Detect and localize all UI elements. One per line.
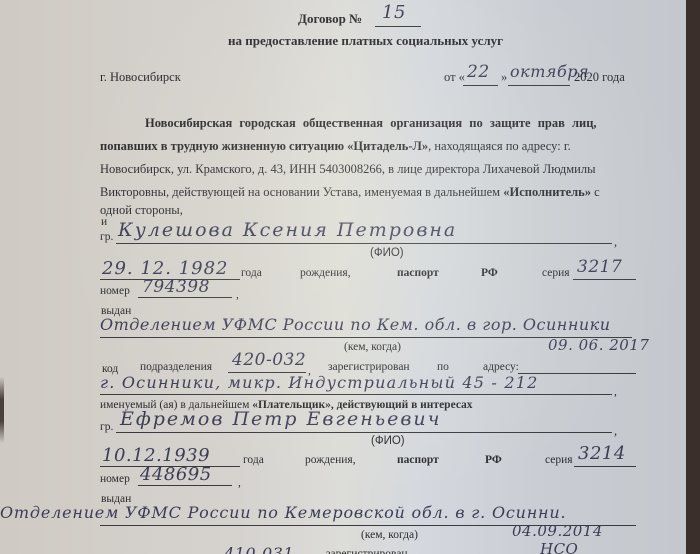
beneficiary-birth-date: 10.12.1939: [102, 447, 210, 465]
date-quote-close: »: [501, 71, 507, 84]
payer-issued-caption: (кем, когда): [344, 342, 401, 354]
contract-subtitle: на предоставление платных социальных усл…: [228, 34, 503, 47]
date-prefix: от «: [444, 71, 465, 84]
payer-year-label: года: [241, 268, 262, 280]
payer-address: г. Осинники, микр. Индустриальный 45 - 2…: [100, 375, 538, 391]
payer-by-label: по: [437, 362, 449, 374]
payer-address-label: адресу:: [483, 362, 519, 374]
preamble-line-2: попавших в трудную жизненную ситуацию «Ц…: [100, 140, 571, 153]
preamble-line-4-end: с: [594, 185, 600, 199]
beneficiary-passport-label: паспорт: [397, 455, 439, 467]
city: г. Новосибирск: [100, 71, 181, 84]
comma: ,: [614, 387, 617, 399]
beneficiary-citizen-prefix: гр.: [100, 422, 113, 434]
comma: ,: [236, 290, 239, 302]
payer-birth-label: рождения,: [300, 268, 351, 280]
organization-name: попавших в трудную жизненную ситуацию «Ц…: [100, 139, 428, 153]
beneficiary-year-label: года: [243, 455, 264, 467]
beneficiary-registered-label: зарегистрирован: [326, 549, 408, 554]
beneficiary-series-underline: [574, 466, 636, 467]
payer-passport-label: паспорт: [397, 268, 439, 280]
payer-passport-series: 3217: [577, 259, 622, 276]
beneficiary-division-code: 410-031: [224, 546, 294, 554]
payer-rf-label: РФ: [481, 268, 498, 280]
preamble-line-5: одной стороны,: [100, 204, 183, 217]
contract-number-underline: [375, 26, 421, 27]
payer-series-label: серия: [542, 268, 570, 280]
contract-label: Договор №: [298, 12, 362, 25]
payer-issued-date: 09. 06. 2017: [548, 338, 649, 353]
comma: ,: [614, 425, 617, 438]
payer-number-underline: [138, 297, 232, 298]
beneficiary-birth-label: рождения,: [305, 455, 356, 467]
beneficiary-address: НСО: [540, 542, 578, 554]
contract-document: Договор № 15 на предоставление платных с…: [0, 0, 686, 554]
beneficiary-number-underline: [138, 485, 232, 486]
payer-fio-caption: (ФИО): [370, 248, 404, 260]
comma: ,: [614, 236, 617, 249]
payer-full-name: Кулешова Ксения Петровна: [118, 221, 457, 240]
preamble-line-2-rest: , находящаяся по адресу: г.: [428, 139, 571, 153]
payer-number-label: номер: [100, 286, 130, 298]
beneficiary-passport-series: 3214: [578, 445, 626, 463]
contract-year: 2020 года: [574, 71, 625, 84]
payer-division-code: 420-032: [232, 352, 306, 369]
beneficiary-series-label: серия: [545, 455, 573, 467]
beneficiary-issued-date: 04.09.2014: [512, 524, 603, 539]
payer-passport-number: 794398: [142, 279, 210, 296]
preamble-line-4: Викторовны, действующей на основании Уст…: [100, 186, 600, 199]
payer-address-underline: [100, 394, 612, 395]
preamble-line-3: Новосибирск, ул. Крамского, д. 43, ИНН 5…: [100, 163, 596, 176]
preamble-line-4-start: Викторовны, действующей на основании Уст…: [100, 185, 500, 199]
executor-role: «Исполнитель»: [503, 185, 591, 199]
beneficiary-name-underline: [116, 432, 612, 433]
month-underline: [508, 85, 570, 86]
payer-name-underline: [116, 243, 612, 244]
contract-number: 15: [382, 4, 406, 22]
beneficiary-issued-caption: (кем, когда): [361, 530, 418, 542]
payer-division-label: подразделения: [140, 362, 212, 374]
beneficiary-passport-number: 448695: [140, 466, 212, 484]
comma: ,: [238, 478, 241, 490]
payer-issued-by: Отделением УФМС России по Кем. обл. в го…: [100, 317, 611, 333]
day-underline: [463, 85, 498, 86]
preamble-line-1: Новосибирская городская общественная орг…: [145, 117, 597, 130]
paper-shadow-edge: [0, 0, 4, 554]
beneficiary-rf-label: РФ: [485, 455, 502, 467]
contract-day: 22: [467, 64, 490, 81]
beneficiary-full-name: Ефремов Петр Евгеньевич: [120, 410, 441, 429]
payer-citizen-prefix: гр.: [100, 232, 113, 244]
beneficiary-fio-caption: (ФИО): [371, 436, 405, 448]
and-label: и: [101, 217, 107, 229]
beneficiary-issued-by: Отделением УФМС России по Кемеровской об…: [0, 505, 566, 521]
payer-registered-label: зарегистрирован: [328, 362, 410, 374]
payer-birth-date: 29. 12. 1982: [102, 260, 229, 278]
beneficiary-number-label: номер: [100, 474, 130, 486]
payer-series-underline: [573, 279, 636, 280]
